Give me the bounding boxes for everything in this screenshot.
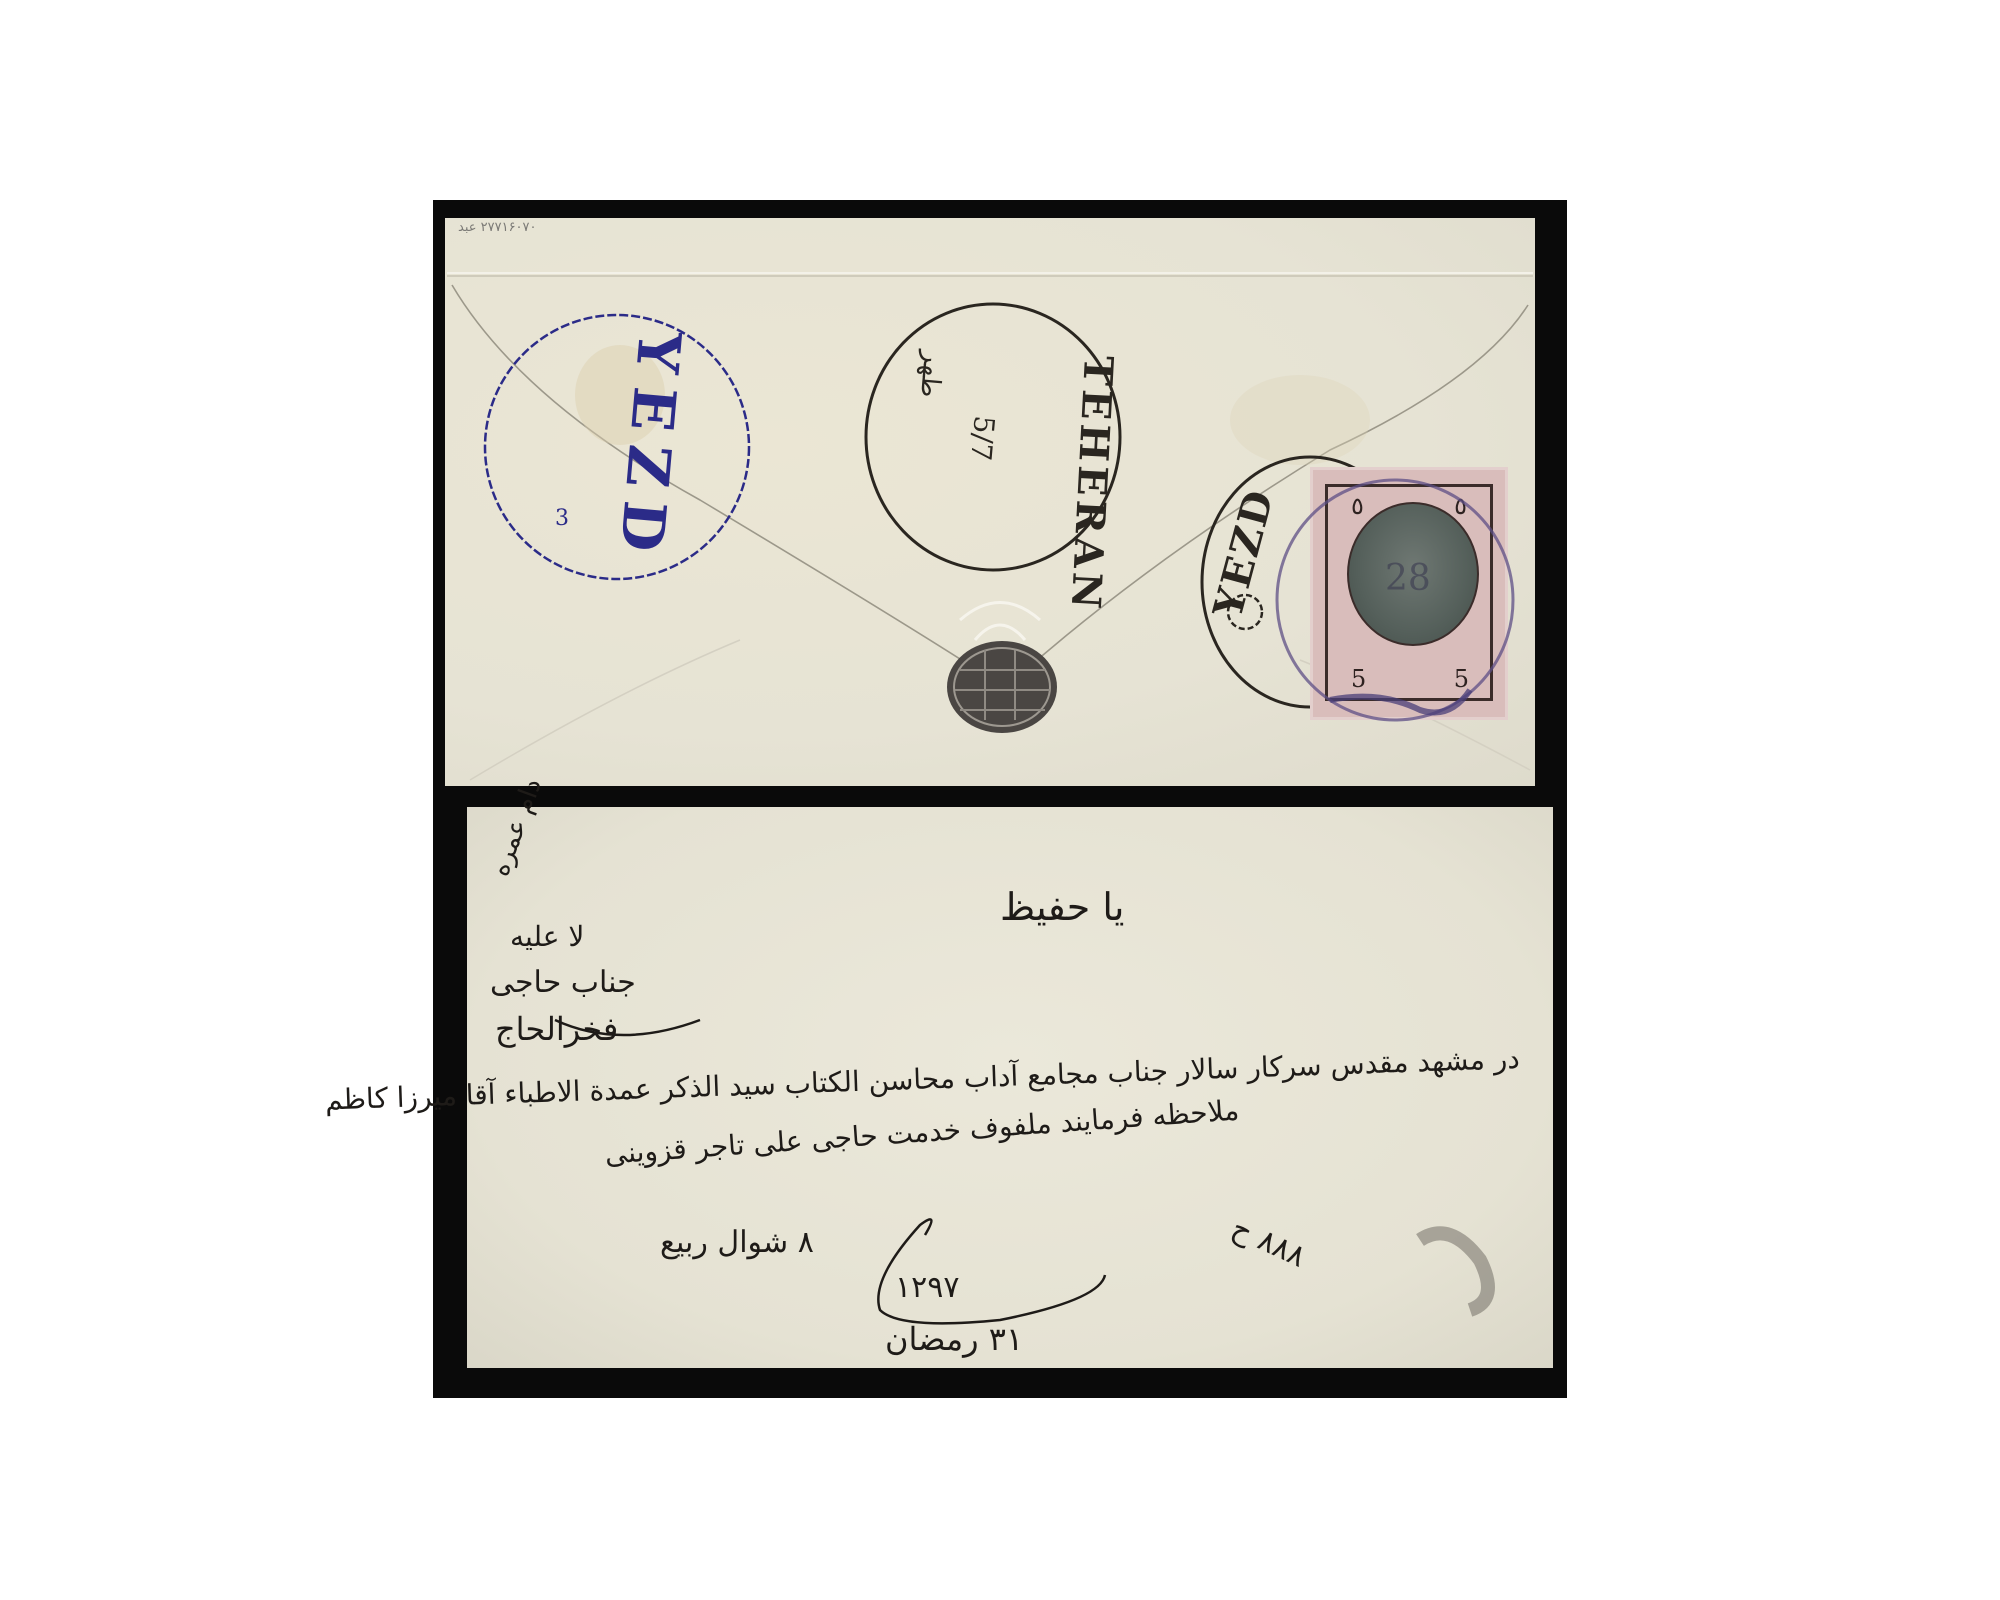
front-flourishes xyxy=(0,0,2000,1600)
